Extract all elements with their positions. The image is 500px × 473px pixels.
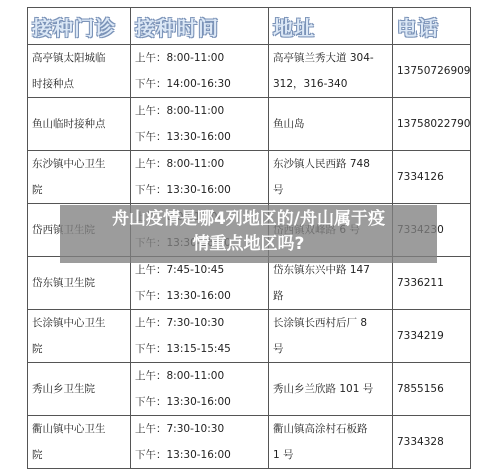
- address-text: 衢山镇高涂村石板路: [273, 416, 388, 442]
- time-cell: 上午：7:45-10:45 下午：13:30-16:00: [131, 257, 269, 310]
- time-cell: 上午：8:00-11:00 下午：13:30-16:00: [131, 98, 269, 151]
- afternoon-hours: 下午：14:00-16:30: [135, 71, 264, 97]
- afternoon-hours: 下午：13:15-15:45: [135, 336, 264, 362]
- time-cell: 上午：7:30-10:30 下午：13:15-15:45: [131, 310, 269, 363]
- address-cell: 高亭镇兰秀大道 304- 312，316-340: [269, 45, 393, 98]
- morning-hours: 上午：8:00-11:00: [135, 45, 264, 71]
- address-text: 东沙镇人民西路 748: [273, 151, 388, 177]
- clinic-name: 时接种点: [32, 71, 126, 97]
- clinic-name: 秀山乡卫生院: [32, 376, 126, 402]
- address-cell: 东沙镇人民西路 748 号: [269, 151, 393, 204]
- clinic-cell: 长涂镇中心卫生 院: [28, 310, 131, 363]
- header-address: 地址: [269, 8, 393, 45]
- phone-cell: 13758022790: [393, 98, 471, 151]
- address-text: 鱼山岛: [273, 111, 388, 137]
- clinic-name: 院: [32, 177, 126, 203]
- address-text: 312，316-340: [273, 71, 388, 97]
- time-cell: 上午：8:00-11:00 下午：13:30-16:00: [131, 363, 269, 416]
- clinic-cell: 秀山乡卫生院: [28, 363, 131, 416]
- clinic-cell: 高亭镇太阳城临 时接种点: [28, 45, 131, 98]
- time-cell: 上午：8:00-11:00 下午：14:00-16:30: [131, 45, 269, 98]
- address-text: 号: [273, 336, 388, 362]
- address-text: 路: [273, 283, 388, 309]
- table-row: 高亭镇太阳城临 时接种点 上午：8:00-11:00 下午：14:00-16:3…: [28, 45, 471, 98]
- morning-hours: 上午：7:30-10:30: [135, 416, 264, 442]
- address-cell: 岱东镇东兴中路 147 路: [269, 257, 393, 310]
- phone-cell: 13750726909: [393, 45, 471, 98]
- address-cell: 衢山镇高涂村石板路 1 号: [269, 416, 393, 469]
- header-time: 接种时间: [131, 8, 269, 45]
- phone-cell: 7336211: [393, 257, 471, 310]
- afternoon-hours: 下午：13:30-16:00: [135, 283, 264, 309]
- afternoon-hours: 下午：13:30-16:00: [135, 177, 264, 203]
- phone-cell: 7334126: [393, 151, 471, 204]
- address-text: 高亭镇兰秀大道 304-: [273, 45, 388, 71]
- clinic-cell: 鱼山临时接种点: [28, 98, 131, 151]
- clinic-name: 院: [32, 336, 126, 362]
- clinic-name: 高亭镇太阳城临: [32, 45, 126, 71]
- clinic-name: 长涂镇中心卫生: [32, 310, 126, 336]
- phone-cell: 7855156: [393, 363, 471, 416]
- clinic-cell: 岱东镇卫生院: [28, 257, 131, 310]
- address-cell: 秀山乡兰欣路 101 号: [269, 363, 393, 416]
- article-title-line1: 舟山疫情是哪4列地区的/舟山属于疫: [112, 209, 385, 229]
- morning-hours: 上午：8:00-11:00: [135, 98, 264, 124]
- clinic-cell: 衢山镇中心卫生 院: [28, 416, 131, 469]
- address-cell: 鱼山岛: [269, 98, 393, 151]
- table-row: 衢山镇中心卫生 院 上午：7:30-10:30 下午：13:30-16:00 衢…: [28, 416, 471, 469]
- header-phone: 电话: [393, 8, 471, 45]
- clinic-name: 鱼山临时接种点: [32, 111, 126, 137]
- address-text: 1 号: [273, 442, 388, 468]
- morning-hours: 上午：8:00-11:00: [135, 151, 264, 177]
- phone-cell: 7334328: [393, 416, 471, 469]
- clinic-name: 岱东镇卫生院: [32, 270, 126, 296]
- table-row: 岱东镇卫生院 上午：7:45-10:45 下午：13:30-16:00 岱东镇东…: [28, 257, 471, 310]
- table-row: 秀山乡卫生院 上午：8:00-11:00 下午：13:30-16:00 秀山乡兰…: [28, 363, 471, 416]
- table-row: 鱼山临时接种点 上午：8:00-11:00 下午：13:30-16:00 鱼山岛…: [28, 98, 471, 151]
- address-cell: 长涂镇长西村后厂 8 号: [269, 310, 393, 363]
- table-header-row: 接种门诊 接种时间 地址 电话: [28, 8, 471, 45]
- clinic-cell: 东沙镇中心卫生 院: [28, 151, 131, 204]
- header-clinic: 接种门诊: [28, 8, 131, 45]
- time-cell: 上午：7:30-10:30 下午：13:30-16:00: [131, 416, 269, 469]
- afternoon-hours: 下午：13:30-16:00: [135, 389, 264, 415]
- clinic-name: 东沙镇中心卫生: [32, 151, 126, 177]
- clinic-name: 院: [32, 442, 126, 468]
- article-title-overlay: 舟山疫情是哪4列地区的/舟山属于疫 情重点地区吗?: [60, 205, 437, 263]
- table-row: 长涂镇中心卫生 院 上午：7:30-10:30 下午：13:15-15:45 长…: [28, 310, 471, 363]
- afternoon-hours: 下午：13:30-16:00: [135, 124, 264, 150]
- time-cell: 上午：8:00-11:00 下午：13:30-16:00: [131, 151, 269, 204]
- address-text: 号: [273, 177, 388, 203]
- article-title: 舟山疫情是哪4列地区的/舟山属于疫 情重点地区吗?: [60, 207, 437, 257]
- clinic-name: 衢山镇中心卫生: [32, 416, 126, 442]
- morning-hours: 上午：7:30-10:30: [135, 310, 264, 336]
- table-row: 东沙镇中心卫生 院 上午：8:00-11:00 下午：13:30-16:00 东…: [28, 151, 471, 204]
- afternoon-hours: 下午：13:30-16:00: [135, 442, 264, 468]
- address-text: 秀山乡兰欣路 101 号: [273, 376, 388, 402]
- morning-hours: 上午：8:00-11:00: [135, 363, 264, 389]
- phone-cell: 7334219: [393, 310, 471, 363]
- address-text: 长涂镇长西村后厂 8: [273, 310, 388, 336]
- article-title-line2: 情重点地区吗?: [193, 234, 305, 254]
